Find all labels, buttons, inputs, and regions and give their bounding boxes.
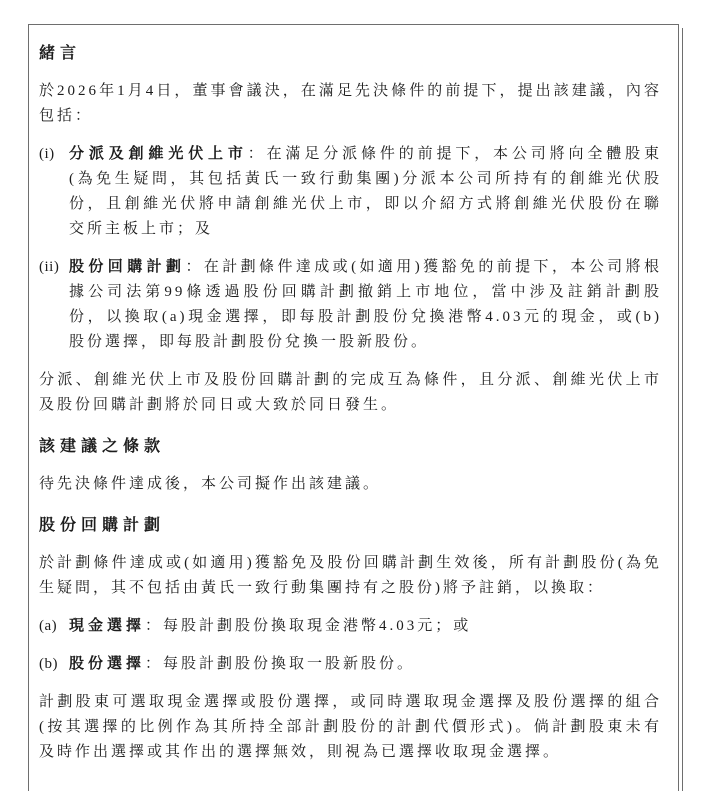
election-paragraph: 計劃股東可選取現金選擇或股份選擇，或同時選取現金選擇及股份選擇的組合(按其選擇的… <box>39 690 662 765</box>
interconditional-paragraph: 分派、創維光伏上市及股份回購計劃的完成互為條件，且分派、創維光伏上市及股份回購計… <box>39 368 662 418</box>
list-item-marker: (b) <box>39 652 69 677</box>
list-item-lead: 股份選擇 <box>69 656 145 672</box>
list-item-separator: ： <box>145 656 163 672</box>
list-item-body: 股份選擇：每股計劃股份換取一股新股份。 <box>69 652 662 677</box>
share-buyback-paragraph: 於計劃條件達成或(如適用)獲豁免及股份回購計劃生效後，所有計劃股份(為免生疑問，… <box>39 551 662 601</box>
list-item-a: (a) 現金選擇：每股計劃股份換取現金港幣4.03元；或 <box>39 614 662 639</box>
proposal-terms-paragraph: 待先決條件達成後，本公司擬作出該建議。 <box>39 472 662 497</box>
list-item-body: 股份回購計劃：在計劃條件達成或(如適用)獲豁免的前提下，本公司將根據公司法第99… <box>69 255 662 355</box>
section-heading-introduction: 緒言 <box>39 41 662 66</box>
list-item-ii: (ii) 股份回購計劃：在計劃條件達成或(如適用)獲豁免的前提下，本公司將根據公… <box>39 255 662 355</box>
list-item-marker: (i) <box>39 142 69 242</box>
list-item-marker: (a) <box>39 614 69 639</box>
list-item-body: 現金選擇：每股計劃股份換取現金港幣4.03元；或 <box>69 614 662 639</box>
list-item-text: 每股計劃股份換取現金港幣4.03元；或 <box>163 618 471 634</box>
list-item-body: 分派及創維光伏上市：在滿足分派條件的前提下，本公司將向全體股東(為免生疑問，其包… <box>69 142 662 242</box>
intro-paragraph: 於2026年1月4日，董事會議決，在滿足先決條件的前提下，提出該建議，內容包括： <box>39 79 662 129</box>
list-item-i: (i) 分派及創維光伏上市：在滿足分派條件的前提下，本公司將向全體股東(為免生疑… <box>39 142 662 242</box>
list-item-text: 每股計劃股份換取一股新股份。 <box>163 656 415 672</box>
list-item-b: (b) 股份選擇：每股計劃股份換取一股新股份。 <box>39 652 662 677</box>
list-item-marker: (ii) <box>39 255 69 355</box>
section-heading-share-buyback: 股份回購計劃 <box>39 513 662 538</box>
list-item-lead: 分派及創維光伏上市 <box>69 146 248 162</box>
list-item-separator: ： <box>145 618 163 634</box>
list-item-separator: ： <box>185 259 203 275</box>
list-item-lead: 股份回購計劃 <box>69 259 185 275</box>
section-heading-proposal-terms: 該建議之條款 <box>39 434 662 459</box>
document-box: 緒言 於2026年1月4日，董事會議決，在滿足先決條件的前提下，提出該建議，內容… <box>28 24 679 791</box>
list-item-separator: ： <box>248 146 267 162</box>
list-item-lead: 現金選擇 <box>69 618 145 634</box>
